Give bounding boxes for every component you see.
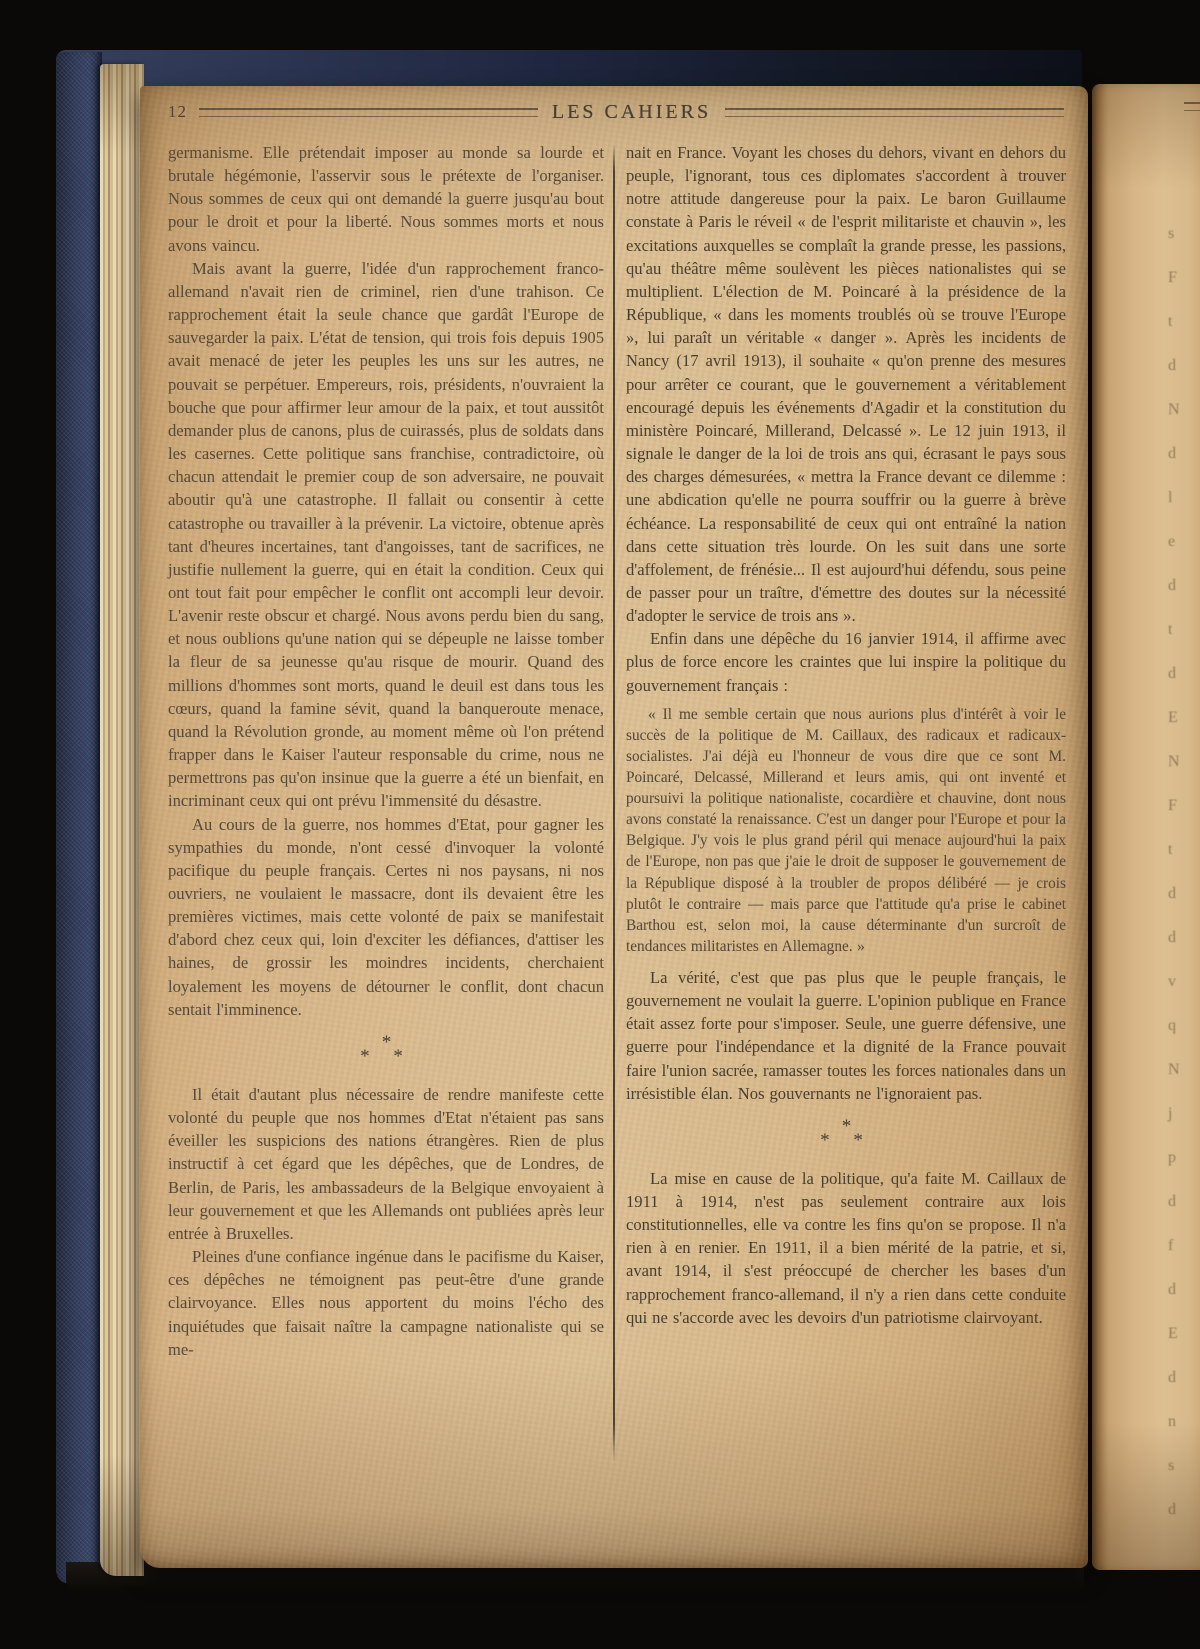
paragraph: Pleines d'une confiance ingénue dans le … xyxy=(168,1245,604,1361)
column-divider-rule xyxy=(613,144,615,1462)
paragraph: La mise en cause de la politique, qu'a f… xyxy=(626,1167,1066,1329)
paragraph: Au cours de la guerre, nos hommes d'Etat… xyxy=(168,813,604,1021)
page-number: 12 xyxy=(168,102,187,122)
paragraph: La vérité, c'est que pas plus que le peu… xyxy=(626,966,1066,1105)
facing-page-text-fragments: s F t d N d l e d t d E N F t d d v q N … xyxy=(1168,212,1192,1532)
page-header: 12 LES CAHIERS xyxy=(168,100,1064,124)
paragraph: Mais avant la guerre, l'idée d'un rappro… xyxy=(168,257,604,813)
left-column: germanisme. Elle prétendait imposer au m… xyxy=(168,141,604,1361)
paragraph: Enfin dans une dépêche du 16 janvier 191… xyxy=(626,627,1066,696)
book-page: 12 LES CAHIERS germanisme. Elle prétenda… xyxy=(140,86,1088,1568)
quote-block: « Il me semble certain que nous aurions … xyxy=(626,704,1066,957)
paragraph: Il était d'autant plus nécessaire de ren… xyxy=(168,1083,604,1245)
header-rule-left xyxy=(199,108,538,117)
journal-title: LES CAHIERS xyxy=(552,101,711,124)
header-rule-right xyxy=(725,108,1064,117)
right-column: nait en France. Voyant les choses du deh… xyxy=(626,141,1066,1329)
facing-page-rule-fragment xyxy=(1184,102,1200,111)
asterism-separator: * * * xyxy=(626,1120,1066,1148)
book-cover-spine-edge xyxy=(56,52,102,1584)
page-edges-stack xyxy=(100,64,144,1576)
facing-page-sliver: s F t d N d l e d t d E N F t d d v q N … xyxy=(1092,84,1200,1570)
text-columns: germanisme. Elle prétendait imposer au m… xyxy=(168,141,1066,1462)
paragraph: germanisme. Elle prétendait imposer au m… xyxy=(168,141,604,257)
paragraph: nait en France. Voyant les choses du deh… xyxy=(626,141,1066,627)
asterism-separator: * * * xyxy=(168,1036,604,1064)
